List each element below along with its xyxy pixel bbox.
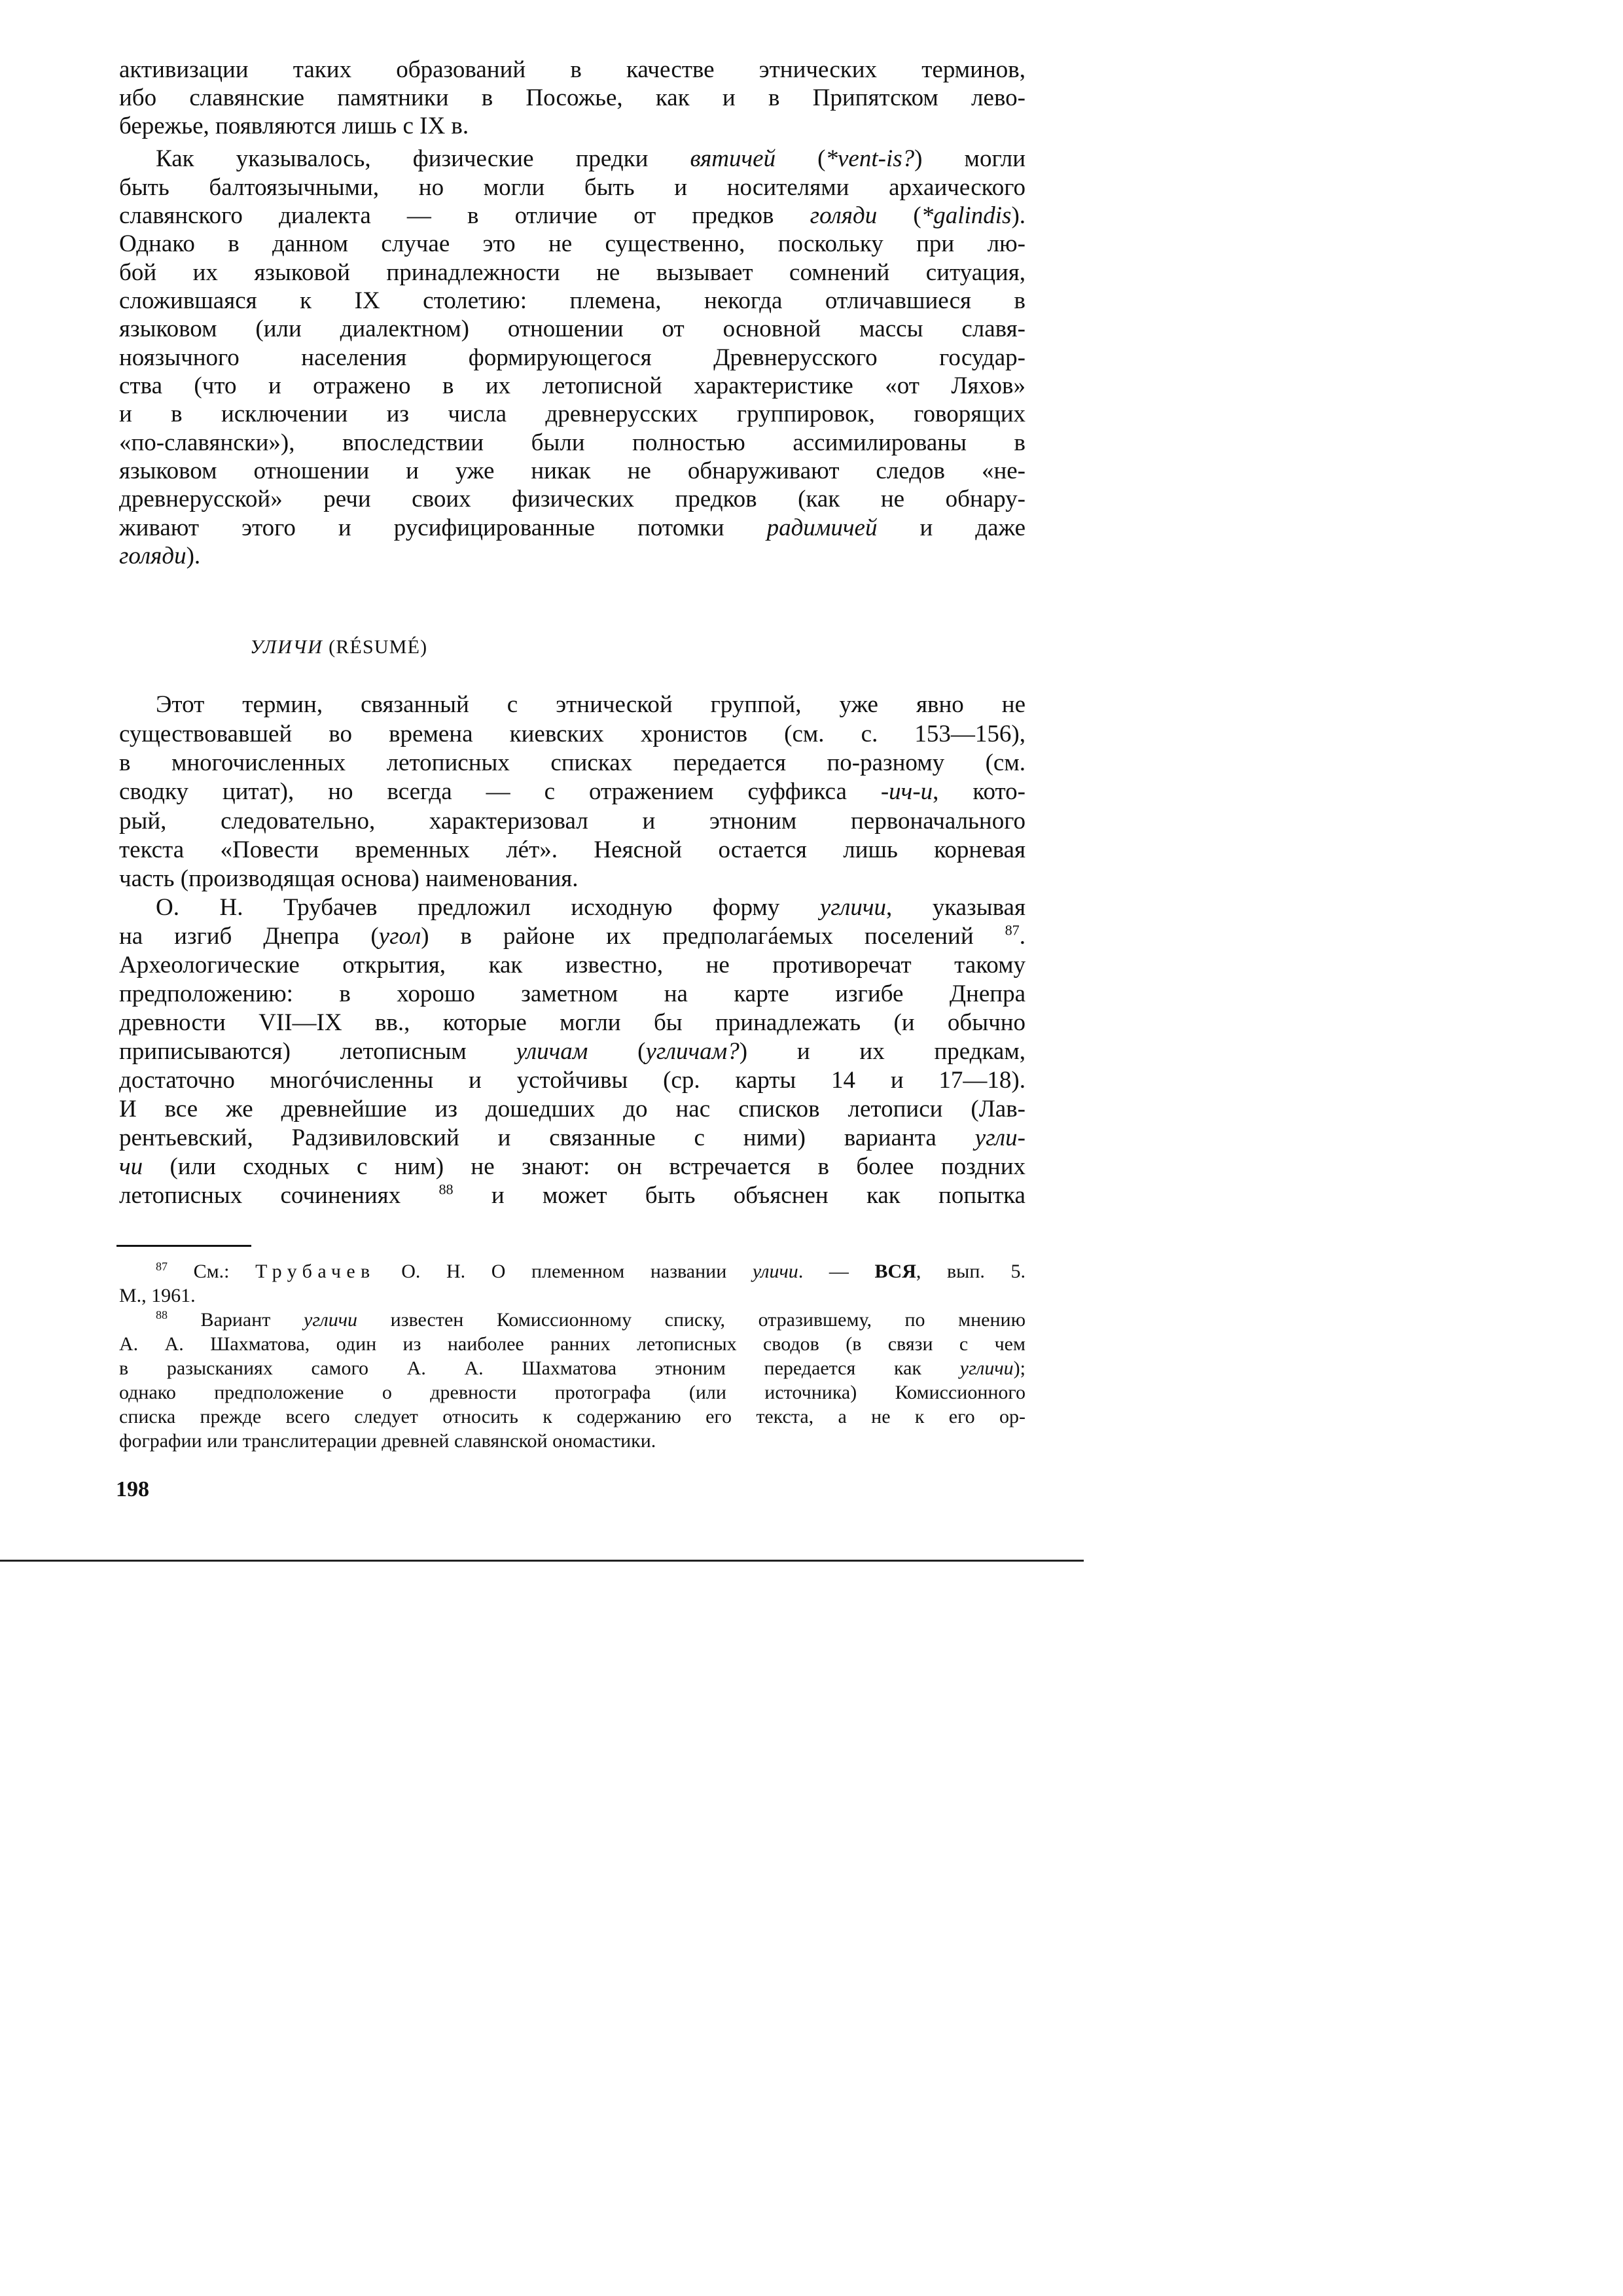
- text-line: существовавшей во времена киевских хрони…: [119, 720, 1026, 749]
- text-line: Однако в данном случае это не существенн…: [119, 230, 1026, 259]
- italic-term: голяди: [119, 543, 187, 569]
- italic-term: *galindis: [921, 202, 1012, 229]
- page-edge-line: [0, 1560, 1084, 1562]
- footnote-88-line: А. А. Шахматова, один из наиболее ранних…: [119, 1333, 1026, 1356]
- footnote-88-line: в разысканиях самого А. А. Шахматова этн…: [119, 1357, 1026, 1380]
- text-line: предположению: в хорошо заметном на карт…: [119, 980, 1026, 1009]
- italic-term: голяди: [810, 202, 878, 229]
- italic-term: угличи: [960, 1357, 1014, 1379]
- text-line: в многочисленных летописных списках пере…: [119, 749, 1026, 778]
- section-heading-title: УЛИЧИ: [250, 636, 323, 658]
- page-number: 198: [116, 1478, 149, 1501]
- text-line: И все же древнейшие из дошедших до нас с…: [119, 1095, 1026, 1124]
- italic-term: угличи: [820, 894, 886, 921]
- footnote-88-line: фографии или транслитерации древней слав…: [119, 1429, 1026, 1453]
- section-heading: УЛИЧИ (RÉSUMÉ): [250, 632, 427, 662]
- text-line: быть балтоязычными, но могли быть и носи…: [119, 173, 1026, 202]
- italic-term: уличам: [516, 1038, 588, 1065]
- italic-term: -ич-и: [881, 778, 933, 805]
- text-line: древнерусской» речи своих физических пре…: [119, 485, 1026, 514]
- text-line: активизации таких образований в качестве…: [119, 56, 1026, 84]
- text-line: приписываются) летописным уличам (углича…: [119, 1037, 1026, 1066]
- footnote-87-line: М., 1961.: [119, 1284, 1026, 1308]
- text-line: голяди).: [119, 542, 1026, 571]
- text-line: языковом отношении и уже никак не обнару…: [119, 457, 1026, 486]
- text-line: часть (производящая основа) наименования…: [119, 865, 1026, 893]
- text-line: текста «Повести временных лéт». Неясной …: [119, 836, 1026, 865]
- footnote-ref: 88: [156, 1308, 168, 1321]
- text-line: ибо славянские памятники в Посожье, как …: [119, 84, 1026, 113]
- text-line: рентьевский, Радзивиловский и связанные …: [119, 1124, 1026, 1153]
- text-line: Археологические открытия, как известно, …: [119, 951, 1026, 980]
- text-line: сложившаяся к IX столетию: племена, неко…: [119, 287, 1026, 315]
- footnote-separator: [116, 1245, 251, 1247]
- footnote-ref: 88: [438, 1181, 453, 1198]
- footnote-88-line: однако предположение о древности протогр…: [119, 1381, 1026, 1405]
- text-line: Этот термин, связанный с этнической груп…: [156, 691, 1026, 719]
- italic-term: чи: [119, 1153, 143, 1180]
- bold-abbreviation: ВСЯ: [875, 1261, 916, 1282]
- footnote-87-line: 87 См.: Трубачев О. Н. О племенном назва…: [156, 1260, 1026, 1283]
- footnote-88-line: списка прежде всего следует относить к с…: [119, 1405, 1026, 1429]
- text-line: «по-славянски»), впоследствии были полно…: [119, 429, 1026, 457]
- italic-term: вятичей: [690, 145, 776, 172]
- text-line: древности VII—IX вв., которые могли бы п…: [119, 1009, 1026, 1037]
- text-line: и в исключении из числа древнерусских гр…: [119, 400, 1026, 429]
- text-line: на изгиб Днепра (угол) в районе их предп…: [119, 922, 1026, 951]
- text-line: ноязычного населения формирующегося Древ…: [119, 344, 1026, 372]
- section-heading-subtitle: (RÉSUMÉ): [329, 636, 427, 658]
- text-line: языковом (или диалектном) отношении от о…: [119, 315, 1026, 344]
- scanned-page: активизации таких образований в качестве…: [0, 0, 1623, 2296]
- text-line: бережье, появляются лишь с IX в.: [119, 112, 1026, 141]
- italic-term: радимичей: [767, 514, 878, 541]
- text-line: достаточно многóчисленны и устойчивы (ср…: [119, 1066, 1026, 1095]
- text-line: ства (что и отражено в их летописной хар…: [119, 372, 1026, 401]
- italic-term: угличам?: [646, 1038, 740, 1065]
- text-line: чи (или сходных с ним) не знают: он встр…: [119, 1153, 1026, 1181]
- italic-term: угличи: [304, 1309, 357, 1331]
- text-line: Как указывалось, физические предки вятич…: [156, 145, 1026, 173]
- italic-term: уличи: [753, 1261, 798, 1282]
- text-line: сводку цитат), но всегда — с отражением …: [119, 778, 1026, 806]
- text-line: летописных сочинениях 88 и может быть об…: [119, 1181, 1026, 1210]
- footnote-88-line: 88 Вариант угличи известен Комиссионному…: [156, 1308, 1026, 1332]
- author-name: Трубачев: [255, 1261, 376, 1282]
- text-line: славянского диалекта — в отличие от пред…: [119, 202, 1026, 230]
- italic-term: угол: [379, 923, 421, 950]
- text-line: бой их языковой принадлежности не вызыва…: [119, 259, 1026, 287]
- text-line: живают этого и русифицированные потомки …: [119, 514, 1026, 543]
- footnote-ref: 87: [156, 1260, 168, 1273]
- text-line: рый, следовательно, характеризовал и этн…: [119, 807, 1026, 836]
- text-line: О. Н. Трубачев предложил исходную форму …: [156, 893, 1026, 922]
- italic-term: угли-: [975, 1124, 1026, 1151]
- footnote-ref: 87: [1005, 922, 1020, 939]
- italic-term: *vent-is?: [826, 145, 915, 172]
